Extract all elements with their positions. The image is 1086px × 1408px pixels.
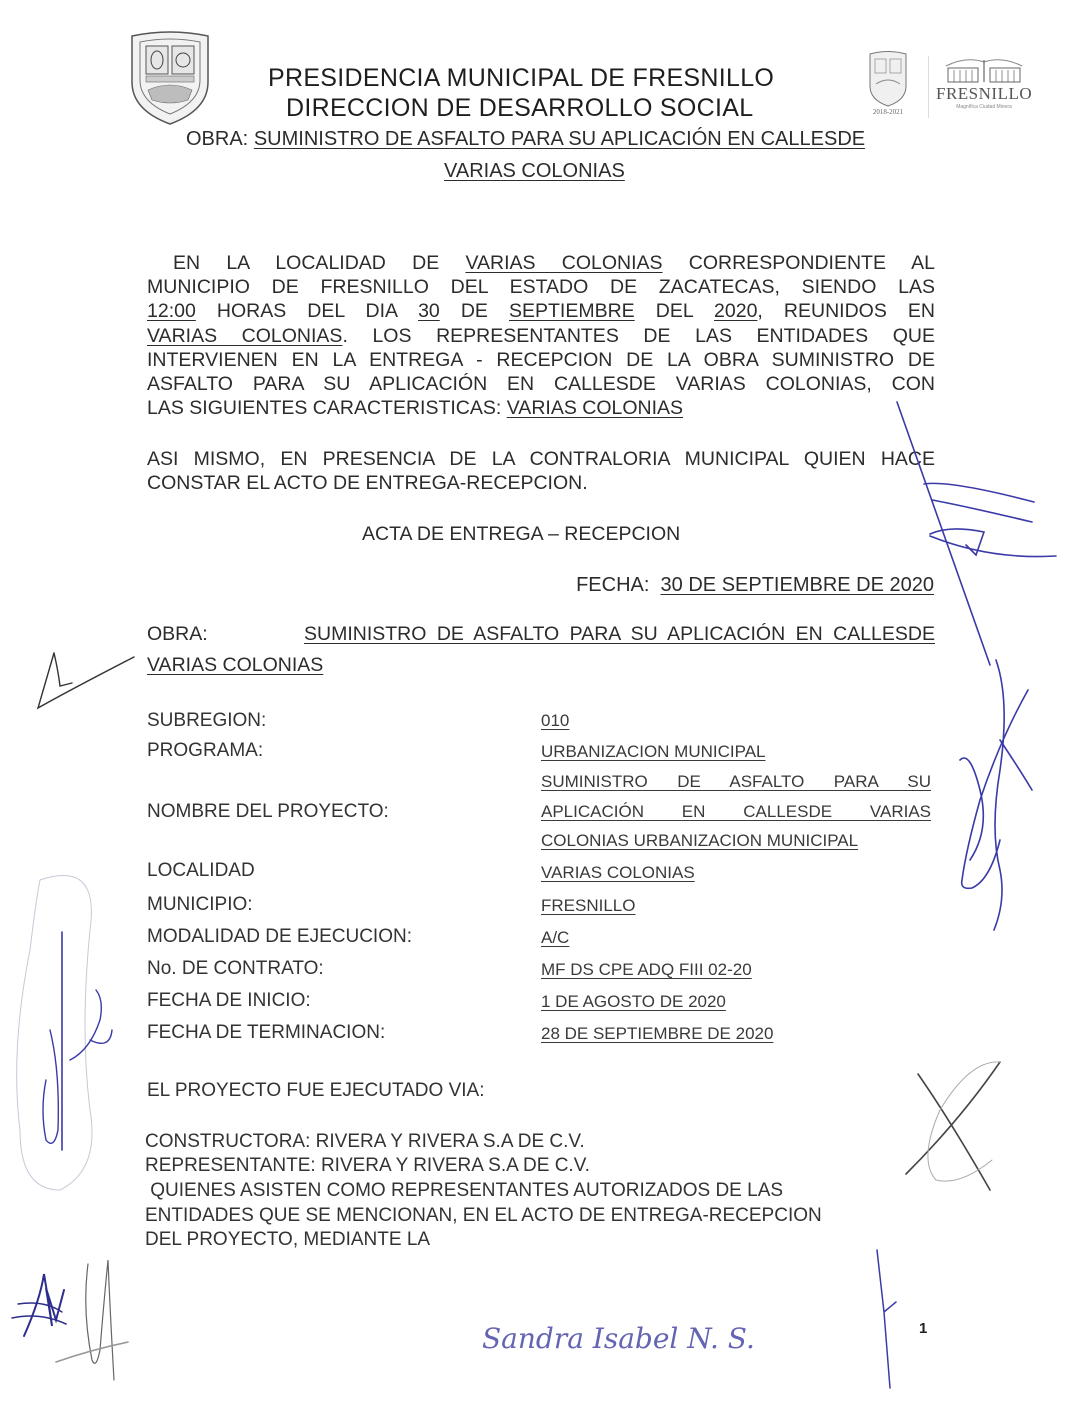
signature-bottom-row: Sandra Isabel N. S. — [0, 1250, 1086, 1408]
signature-left-vertical — [0, 850, 140, 1210]
signature-left-check — [0, 0, 200, 760]
signature-right-x — [880, 1060, 1086, 1200]
signature-name: Sandra Isabel N. S. — [482, 1322, 755, 1355]
